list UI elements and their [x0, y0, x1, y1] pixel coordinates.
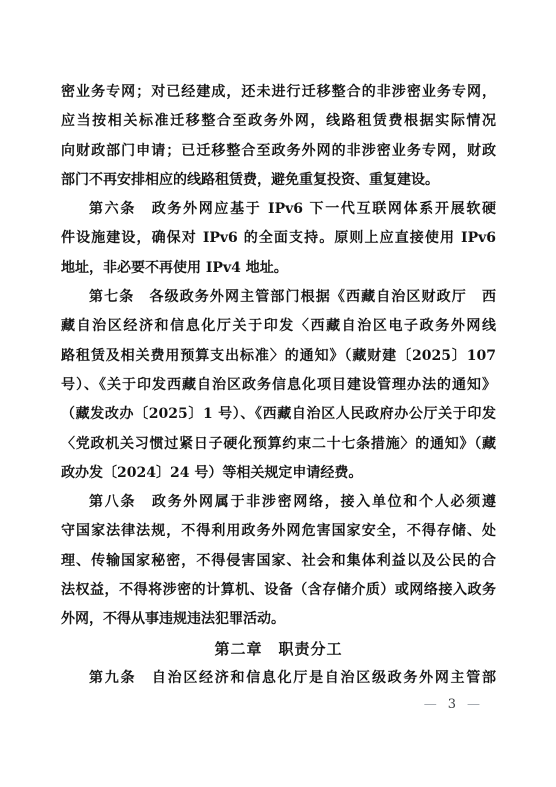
body-line: 部门不再安排相应的线路租赁费，避免重复投资、重复建设。 — [61, 166, 496, 195]
body-line: 藏自治区经济和信息化厅关于印发〈西藏自治区电子政务外网线 — [61, 312, 496, 341]
page-number-value: 3 — [437, 697, 467, 712]
body-line: 号）、《关于印发西藏自治区政务信息化项目建设管理办法的通知》 — [61, 371, 496, 400]
body-line: 法权益，不得将涉密的计算机、设备（含存储介质）或网络接入政务 — [61, 576, 496, 605]
body-line: （藏发改办〔2025〕1 号）、《西藏自治区人民政府办公厅关于印发 — [61, 400, 496, 429]
article-start-line: 第七条 各级政务外网主管部门根据《西藏自治区财政厅 西 — [61, 283, 496, 312]
article-start-line: 第六条 政务外网应基于 IPv6 下一代互联网体系开展软硬 — [61, 195, 496, 224]
body-line: 地址，非必要不再使用 IPv4 地址。 — [61, 254, 496, 283]
body-line: 向财政部门申请；已迁移整合至政务外网的非涉密业务专网，财政 — [61, 137, 496, 166]
body-line: 应当按相关标准迁移整合至政务外网，线路租赁费根据实际情况 — [61, 107, 496, 136]
body-line: 理、传输国家秘密，不得侵害国家、社会和集体利益以及公民的合 — [61, 547, 496, 576]
body-line: 政办发〔2024〕24 号）等相关规定申请经费。 — [61, 459, 496, 488]
body-line: 密业务专网；对已经建成，还未进行迁移整合的非涉密业务专网， — [61, 78, 496, 107]
page-number: —3— — [424, 697, 480, 712]
page-number-dash: — — [424, 697, 437, 712]
page-number-dash: — — [467, 697, 480, 712]
document-page: 密业务专网；对已经建成，还未进行迁移整合的非涉密业务专网， 应当按相关标准迁移整… — [0, 0, 556, 787]
chapter-heading: 第二章 职责分工 — [61, 635, 496, 664]
body-line: 路租赁及相关费用预算支出标准〉的通知》（藏财建〔2025〕107 — [61, 342, 496, 371]
body-line: 守国家法律法规，不得利用政务外网危害国家安全，不得存储、处 — [61, 517, 496, 546]
body-line: 件设施建设，确保对 IPv6 的全面支持。原则上应直接使用 IPv6 — [61, 224, 496, 253]
document-body: 密业务专网；对已经建成，还未进行迁移整合的非涉密业务专网， 应当按相关标准迁移整… — [61, 78, 496, 693]
article-start-line: 第九条 自治区经济和信息化厅是自治区级政务外网主管部 — [61, 664, 496, 693]
article-start-line: 第八条 政务外网属于非涉密网络，接入单位和个人必须遵 — [61, 488, 496, 517]
body-line: 〈党政机关习惯过紧日子硬化预算约束二十七条措施〉的通知》（藏 — [61, 430, 496, 459]
body-line: 外网，不得从事违规违法犯罪活动。 — [61, 605, 496, 634]
